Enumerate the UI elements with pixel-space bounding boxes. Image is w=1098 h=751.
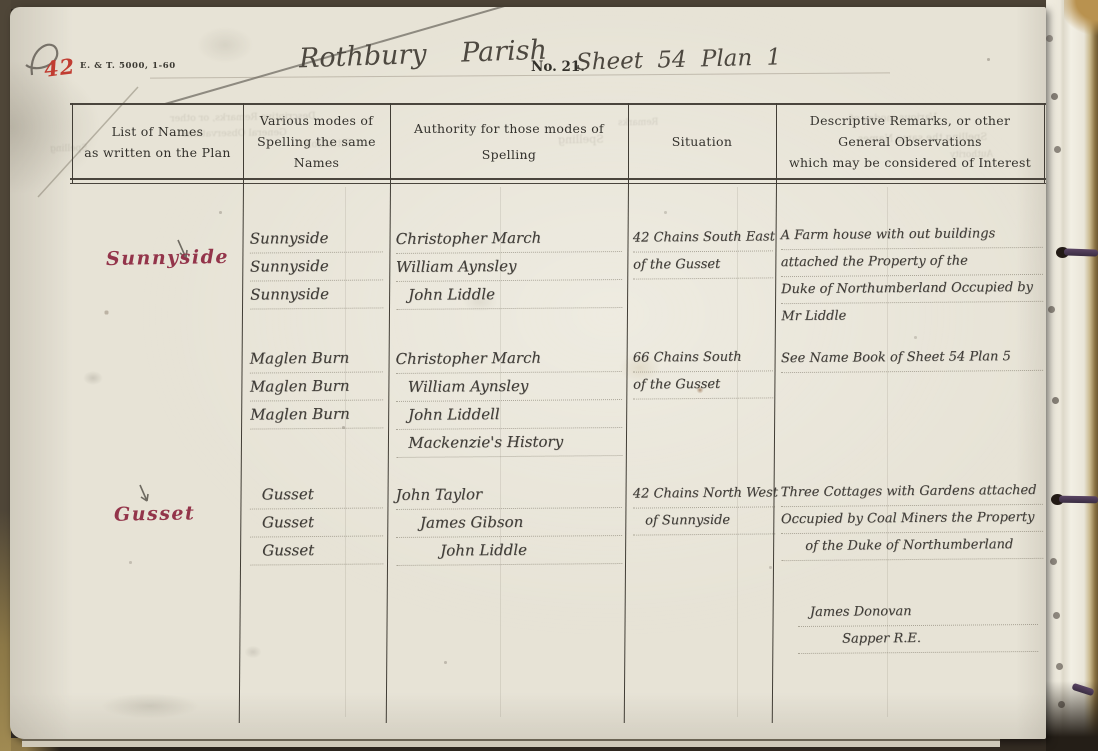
- authority-entry: James Gibson: [396, 508, 622, 538]
- spelling-variant: Maglen Burn: [250, 372, 383, 401]
- sheet-plan-title: Sheet 54 Plan 1: [576, 44, 782, 75]
- spelling-variant: Sunnyside: [250, 252, 383, 281]
- authority-cell: John Taylor James Gibson John Liddle: [396, 480, 623, 566]
- remark-line: See Name Book of Sheet 54 Plan 5: [781, 344, 1043, 373]
- book-page-edges: [1040, 0, 1098, 751]
- desk-corner: [1064, 0, 1098, 40]
- authority-entry: Christopher March: [396, 344, 622, 374]
- remarks-cell: Three Cottages with Gardens attached Occ…: [781, 478, 1044, 561]
- spelling-variant: Gusset: [250, 508, 383, 537]
- spelling-variant: Sunnyside: [250, 224, 383, 253]
- authority-entry: William Aynsley: [396, 372, 622, 402]
- header-line: Spelling: [482, 142, 536, 168]
- authority-entry: Christopher March: [396, 224, 622, 254]
- col-border-body: [239, 183, 245, 723]
- bleedthrough-text: Spelling: [558, 133, 604, 147]
- header-situation: Situation: [628, 105, 776, 178]
- name-entry: Sunnyside: [106, 246, 229, 270]
- authority-entry: John Taylor: [396, 480, 622, 510]
- spelling-variant: Maglen Burn: [250, 400, 383, 429]
- spelling-variant: Sunnyside: [250, 280, 383, 309]
- authority-entry: John Liddle: [396, 536, 622, 566]
- surveyor-signature: James Donovan: [798, 598, 1038, 627]
- spelling-cell: Gusset Gusset Gusset: [250, 480, 384, 565]
- remark-line: attached the Property of the: [781, 248, 1043, 277]
- spelling-variant: Gusset: [250, 480, 383, 509]
- remark-line: Three Cottages with Gardens attached: [781, 478, 1043, 507]
- bleedthrough-text: Situation: [305, 139, 351, 151]
- bleedthrough-text: Spelling: [50, 144, 88, 155]
- header-underline: [150, 72, 890, 78]
- binding-thread: [1059, 496, 1098, 504]
- authority-entry: John Liddle: [396, 280, 622, 310]
- name-entry: Gusset: [114, 502, 196, 525]
- header-line: which may be considered of Interest: [789, 152, 1031, 173]
- parish-title: Rothbury Parish: [288, 34, 559, 74]
- bleedthrough-text: Spelling the same Names: [858, 132, 987, 145]
- header-bottom-rule-2: [70, 183, 1046, 185]
- bleedthrough-text: Authority: [950, 150, 993, 161]
- bleedthrough-text: Various modes of: [850, 112, 937, 125]
- remark-line: A Farm house with out buildings: [781, 221, 1043, 250]
- signature-block: James Donovan Sapper R.E.: [798, 598, 1038, 654]
- remark-line: Occupied by Coal Miners the Property: [781, 505, 1043, 534]
- situation-cell: 42 Chains South East of the Gusset: [633, 224, 773, 279]
- authority-entry: John Liddell: [396, 400, 622, 430]
- col-border-body: [386, 183, 392, 723]
- authority-entry: Mackenzie's History: [396, 428, 622, 458]
- bleedthrough-text: General Observations: [182, 127, 287, 140]
- situation-line: 42 Chains North West: [633, 480, 775, 508]
- situation-cell: 66 Chains South of the Gusset: [633, 344, 773, 399]
- tick-arrow-gusset: [140, 485, 148, 501]
- situation-line: of the Gusset: [633, 371, 773, 399]
- situation-cell: 42 Chains North West of Sunnyside: [633, 480, 775, 535]
- spelling-variant: Maglen Burn: [250, 344, 383, 373]
- remark-line: Mr Liddle: [781, 302, 1043, 330]
- lacing-holes: [0, 0, 3, 3]
- paper-specks: [10, 7, 11, 8]
- page-number-stamp: 42: [43, 53, 77, 82]
- situation-line: 66 Chains South: [633, 344, 773, 372]
- binding-thread: [1064, 248, 1098, 256]
- situation-line: 42 Chains South East: [633, 224, 773, 252]
- remarks-cell: A Farm house with out buildings attached…: [781, 221, 1044, 330]
- col-border: [1044, 103, 1045, 183]
- authority-entry: William Aynsley: [396, 252, 622, 282]
- remark-line: Duke of Northumberland Occupied by: [781, 275, 1043, 304]
- header-line: Situation: [672, 131, 732, 152]
- spelling-variant: Gusset: [250, 536, 383, 565]
- surveyor-rank: Sapper R.E.: [798, 625, 1038, 654]
- remark-line: of the Duke of Northumberland: [781, 532, 1043, 561]
- authority-cell: Christopher March William Aynsley John L…: [396, 224, 623, 310]
- spelling-cell: Sunnyside Sunnyside Sunnyside: [250, 224, 384, 309]
- header-line: as written on the Plan: [84, 142, 231, 163]
- ledger-page: 42 E. & T. 5000, 1-60 Rothbury Parish No…: [10, 7, 1046, 739]
- authority-cell: Christopher March William Aynsley John L…: [396, 344, 623, 458]
- col-border-body: [624, 183, 630, 723]
- next-page-edge: [22, 739, 1000, 747]
- situation-line: of Sunnyside: [633, 507, 775, 535]
- header-bottom-rule-1: [70, 178, 1046, 180]
- bleedthrough-text: Remarks: [618, 118, 659, 129]
- remarks-cell: See Name Book of Sheet 54 Plan 5: [781, 344, 1043, 373]
- printers-imprint: E. & T. 5000, 1-60: [80, 61, 176, 71]
- scanned-name-book-page: 42 E. & T. 5000, 1-60 Rothbury Parish No…: [0, 0, 1098, 751]
- spelling-cell: Maglen Burn Maglen Burn Maglen Burn: [250, 344, 384, 429]
- situation-line: of the Gusset: [633, 251, 773, 279]
